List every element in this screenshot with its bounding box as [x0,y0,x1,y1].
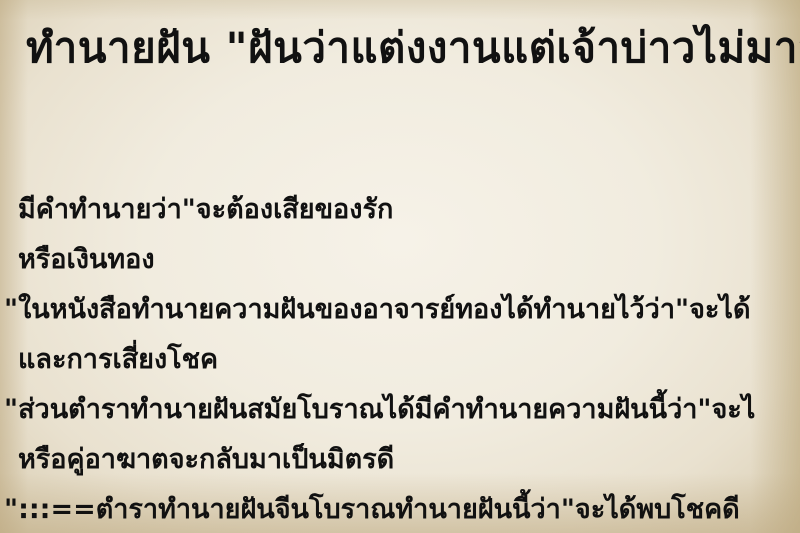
text-line-2: หรือเงินทอง [18,240,155,280]
text-line-1: มีคำทำนายว่า"จะต้องเสียของรัก [18,190,393,230]
text-line-7: ":::==ตำราทำนายฝันจีนโบราณทำนายฝันนี้ว่า… [4,490,740,530]
page-title: ทำนายฝัน "ฝันว่าแต่งงานแต่เจ้าบ่าวไม่มาส [26,14,800,82]
text-line-5: "ส่วนตำราทำนายฝันสมัยโบราณได้มีคำทำนายคว… [4,390,755,430]
text-line-4: และการเสี่ยงโชค [18,340,218,380]
text-line-6: หรือคู่อาฆาตจะกลับมาเป็นมิตรดี [18,440,394,480]
text-line-3: "ในหนังสือทำนายความฝันของอาจารย์ทองได้ทำ… [4,290,751,330]
